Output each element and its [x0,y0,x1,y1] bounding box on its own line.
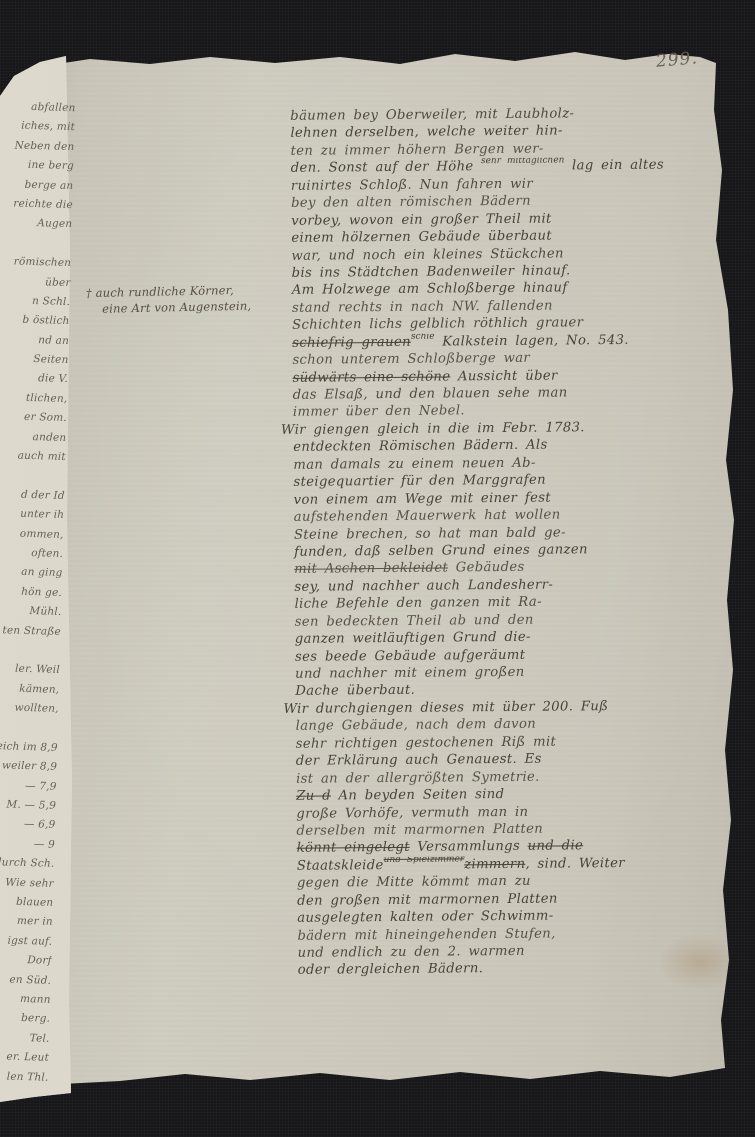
edge-text-fragment: Neben den [6,136,75,157]
edge-text-fragment: durch Sch. [0,853,55,874]
edge-text-fragment: abfallen [7,97,76,118]
edge-text-fragment: leich im 8,9 [0,737,58,758]
edge-text-fragment: ommen, [0,524,64,545]
edge-text-fragment: mer in [0,911,53,932]
edge-text-fragment: Tel. [0,1028,50,1049]
edge-text-fragment: anden [0,427,67,448]
edge-text-fragment: mann [0,989,51,1010]
edge-text-fragment: berge an [5,175,74,196]
edge-text-fragment: Augen [4,214,73,235]
edge-text-fragment: Wie sehr [0,873,54,894]
scanned-manuscript-photo: { "page": { "number": "299." }, "margin_… [0,0,755,1137]
edge-text-fragment: kämen, [0,679,60,700]
edge-text-fragment: — 6,9 [0,814,56,835]
edge-text-fragment: römischen [3,252,72,273]
edge-text-fragment: berg. [0,1008,50,1029]
margin-note: † auch rundliche Körner, eine Art von Au… [86,281,287,317]
edge-text-fragment [0,640,61,661]
edge-text-fragment [0,466,66,487]
edge-text-fragment: len Thl. [0,1066,49,1087]
edge-text-fragment: wollten, [0,698,59,719]
edge-text-fragment: reichte die [5,194,74,215]
edge-text-fragment [3,233,72,254]
edge-text-fragment: Dorf [0,950,52,971]
edge-text-fragment: er. Leut [0,1047,49,1068]
page-number: 299. [655,48,698,72]
edge-text-fragment: b östlich [1,310,70,331]
edge-text-fragment: d der Id [0,485,65,506]
edge-text-fragment: Mühl. [0,601,62,622]
edge-text-fragment: weiler 8,9 [0,756,57,777]
edge-text-fragment: unter ih [0,504,64,525]
edge-text-fragment: an ging [0,562,63,583]
edge-text-fragment: er Som. [0,407,67,428]
edge-text-fragment: nd an [1,330,70,351]
edge-text-fragment: igst auf. [0,931,53,952]
edge-text-fragment: ten Straße [0,621,61,642]
edge-text-fragment [0,718,58,739]
edge-text-fragment: tlichen, [0,388,68,409]
edge-text-fragment: über [2,272,71,293]
edge-text-fragment: auch mit [0,446,66,467]
edge-text-fragment: en Süd. [0,969,51,990]
edge-text-fragment: iches, mit [7,117,76,138]
edge-text-fragment: n Schl. [2,291,71,312]
edge-text-fragment: ine berg [6,155,75,176]
edge-text-fragment: — 9 [0,834,55,855]
main-text: bäumen bey Oberweiler, mit Laubholz-lehn… [278,104,726,980]
edge-text-fragment: blauen [0,892,54,913]
edge-text-fragment: die V. [0,369,68,390]
edge-text-fragment: Seiten [0,349,69,370]
edge-text-fragment: M. — 5,9 [0,795,56,816]
edge-text-fragment: — 7,9 [0,776,57,797]
edge-text-fragment: hön ge. [0,582,62,603]
edge-text-fragment: often. [0,543,63,564]
edge-text-fragment: ler. Weil [0,659,60,680]
